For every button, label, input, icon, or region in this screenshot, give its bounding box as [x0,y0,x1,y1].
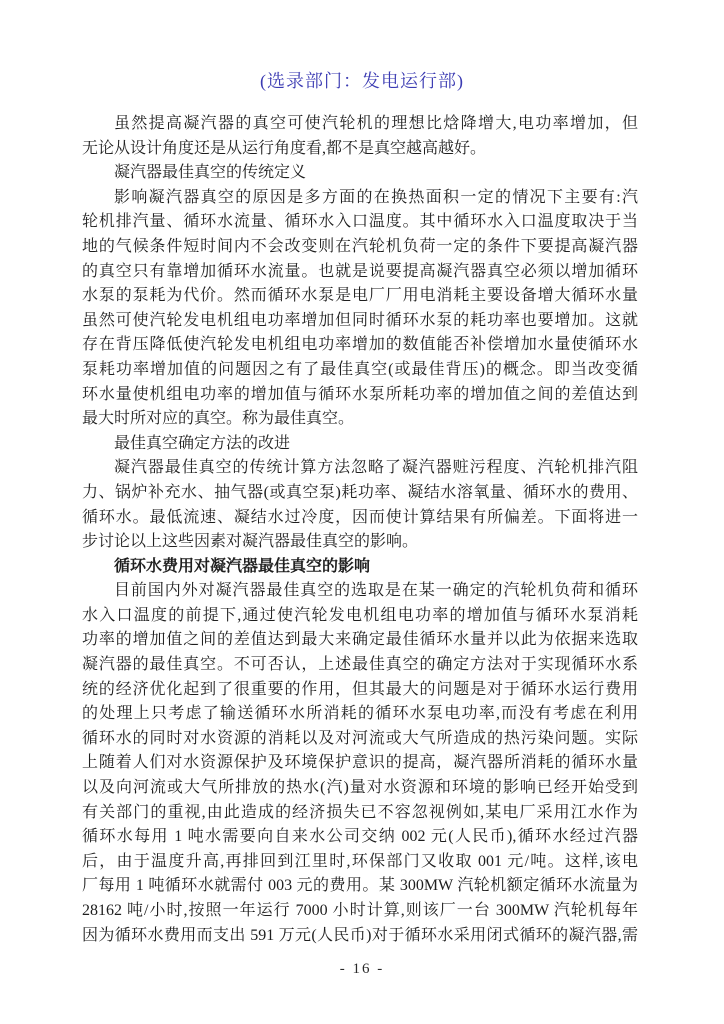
text-line: 步讨论以上这些因素对凝汽器最佳真空的影响。 [82,530,638,555]
text-line: 存在背压降低使汽轮发电机组电功率增加的数值能否补偿增加水量使循环水 [82,333,638,358]
text-line: 影响凝汽器真空的原因是多方面的在换热面积一定的情况下主要有:汽 [82,186,638,211]
text-line: 循环水的同时对水资源的消耗以及对河流或大气所造成的热污染问题。实际 [82,727,638,752]
text-line: 虽然提高凝汽器的真空可使汽轮机的理想比焓降增大,电功率增加，但 [82,112,638,137]
text-line: 轮机排汽量、循环水流量、循环水入口温度。其中循环水入口温度取决于当 [82,210,638,235]
text-line: 的真空只有靠增加循环水流量。也就是说要提高凝汽器真空必须以增加循环 [82,260,638,285]
text-line: 循环水。最低流速、凝结水过冷度，因而使计算结果有所偏差。下面将进一 [82,506,638,531]
section-heading: 循环水费用对凝汽器最佳真空的影响 [82,555,638,580]
text-line: 厂每用 1 吨循环水就需付 003 元的费用。某 300MW 汽轮机额定循环水流… [82,874,638,899]
section-heading: 凝汽器最佳真空的传统定义 [82,161,638,186]
text-line: 最大时所对应的真空。称为最佳真空。 [82,407,638,432]
text-line: 因为循环水费用而支出 591 万元(人民币)对于循环水采用闭式循环的凝汽器,需 [82,924,638,949]
text-line: 地的气候条件短时间内不会改变则在汽轮机负荷一定的条件下要提高凝汽器 [82,235,638,260]
section-heading: 最佳真空确定方法的改进 [82,432,638,457]
text-line: 泵耗功率增加值的问题因之有了最佳真空(或最佳背压)的概念。即当改变循 [82,358,638,383]
text-line: 环水量使机组电功率的增加值与循环水泵所耗功率的增加值之间的差值达到 [82,383,638,408]
text-line: 功率的增加值之间的差值达到最大来确定最佳循环水量并以此为依据来选取 [82,628,638,653]
header-department-note: (选录部门：发电运行部) [0,67,724,93]
document-body: 虽然提高凝汽器的真空可使汽轮机的理想比焓降增大,电功率增加，但 无论从设计角度还… [82,112,638,948]
text-line: 水入口温度的前提下,通过使汽轮发电机组电功率的增加值与循环水泵消耗 [82,604,638,629]
text-line: 以及向河流或大气所排放的热水(汽)量对水资源和环境的影响已经开始受到 [82,776,638,801]
text-line: 力、锅炉补充水、抽气器(或真空泵)耗功率、凝结水溶氧量、循环水的费用、 [82,481,638,506]
text-line: 后，由于温度升高,再排回到江里时,环保部门又收取 001 元/吨。这样,该电 [82,850,638,875]
text-line: 目前国内外对凝汽器最佳真空的选取是在某一确定的汽轮机负荷和循环 [82,579,638,604]
page-number: - 16 - [0,961,724,978]
text-line: 统的经济优化起到了很重要的作用，但其最大的问题是对于循环水运行费用 [82,678,638,703]
text-line: 凝汽器的最佳真空。不可否认，上述最佳真空的确定方法对于实现循环水系 [82,653,638,678]
text-line: 有关部门的重视,由此造成的经济损失已不容忽视例如,某电厂采用江水作为 [82,801,638,826]
document-page: (选录部门：发电运行部) 虽然提高凝汽器的真空可使汽轮机的理想比焓降增大,电功率… [0,0,724,1024]
text-line: 无论从设计角度还是从运行角度看,都不是真空越高越好。 [82,137,638,162]
text-line: 的处理上只考虑了输送循环水所消耗的循环水泵电功率,而没有考虑在利用 [82,702,638,727]
text-line: 凝汽器最佳真空的传统计算方法忽略了凝汽器赃污程度、汽轮机排汽阻 [82,456,638,481]
text-line: 虽然可使汽轮发电机组电功率增加但同时循环水泵的耗功率也要增加。这就 [82,309,638,334]
text-line: 水泵的泵耗为代价。然而循环水泵是电厂厂用电消耗主要设备增大循环水量 [82,284,638,309]
text-line: 循环水每用 1 吨水需要向自来水公司交纳 002 元(人民币),循环水经过汽器 [82,825,638,850]
text-line: 28162 吨/小时,按照一年运行 7000 小时计算,则该厂一台 300MW … [82,899,638,924]
text-line: 上随着人们对水资源保护及环境保护意识的提高，凝汽器所消耗的循环水量 [82,751,638,776]
